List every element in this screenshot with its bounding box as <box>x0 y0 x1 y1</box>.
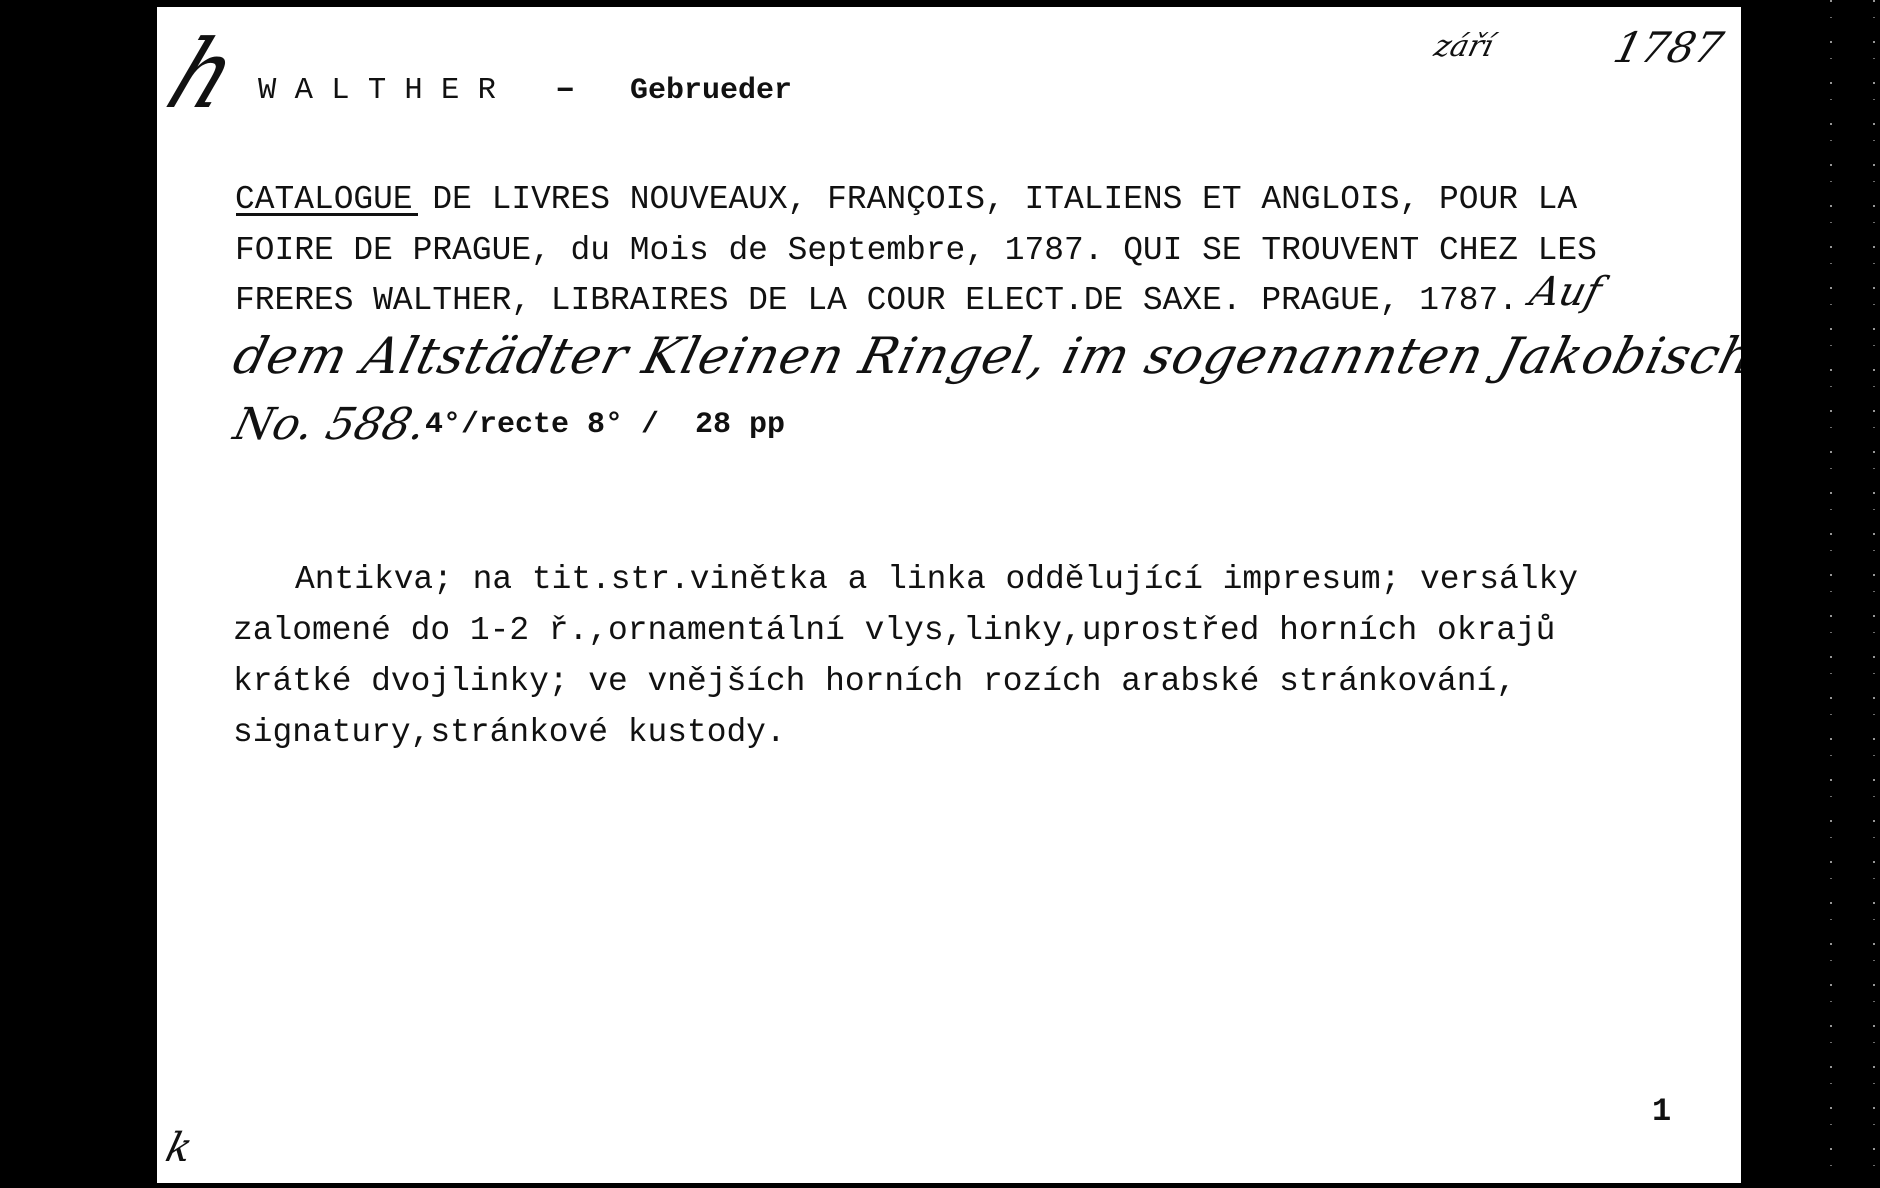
handwritten-addition-number: No. 588. <box>229 399 432 450</box>
description-line-2: zalomené do 1-2 ř.,ornamentální vlys,lin… <box>233 615 1555 648</box>
handwritten-addition-start: Auf <box>1525 269 1606 315</box>
format-pagination: 4°/recte 8° / 28 pp <box>425 408 785 442</box>
margin-annotation-bottom-left: k <box>161 1125 197 1171</box>
scan-noise <box>1830 0 1832 1188</box>
annotation-month: září <box>1431 29 1497 64</box>
title-line-2: FOIRE DE PRAGUE, du Mois de Septembre, 1… <box>235 235 1597 268</box>
title-underline <box>236 213 418 216</box>
handwritten-addition-address: dem Altstädter Kleinen Ringel, im sogena… <box>228 327 1824 385</box>
heading-dash: – <box>555 71 575 109</box>
description-line-1: Antikva; na tit.str.vinětka a linka oddě… <box>295 564 1578 597</box>
title-line-1: CATALOGUE DE LIVRES NOUVEAUX, FRANÇOIS, … <box>235 184 1577 217</box>
title-line-3: FRERES WALTHER, LIBRAIRES DE LA COUR ELE… <box>235 285 1518 318</box>
annotation-year: 1787 <box>1609 23 1728 72</box>
scan-noise <box>1873 0 1875 1188</box>
scan-border-right <box>1741 0 1880 1188</box>
heading-given-name: Gebrueder <box>630 74 792 108</box>
heading-surname: W A L T H E R <box>258 74 496 108</box>
catalog-card: h W A L T H E R – Gebrueder září 1787 CA… <box>157 7 1741 1183</box>
card-number: 1 <box>1652 1093 1671 1130</box>
description-line-4: signatury,stránkové kustody. <box>233 717 786 750</box>
margin-annotation-top-left: h <box>153 20 253 130</box>
description-line-3: krátké dvojlinky; ve vnějších horních ro… <box>233 666 1516 699</box>
